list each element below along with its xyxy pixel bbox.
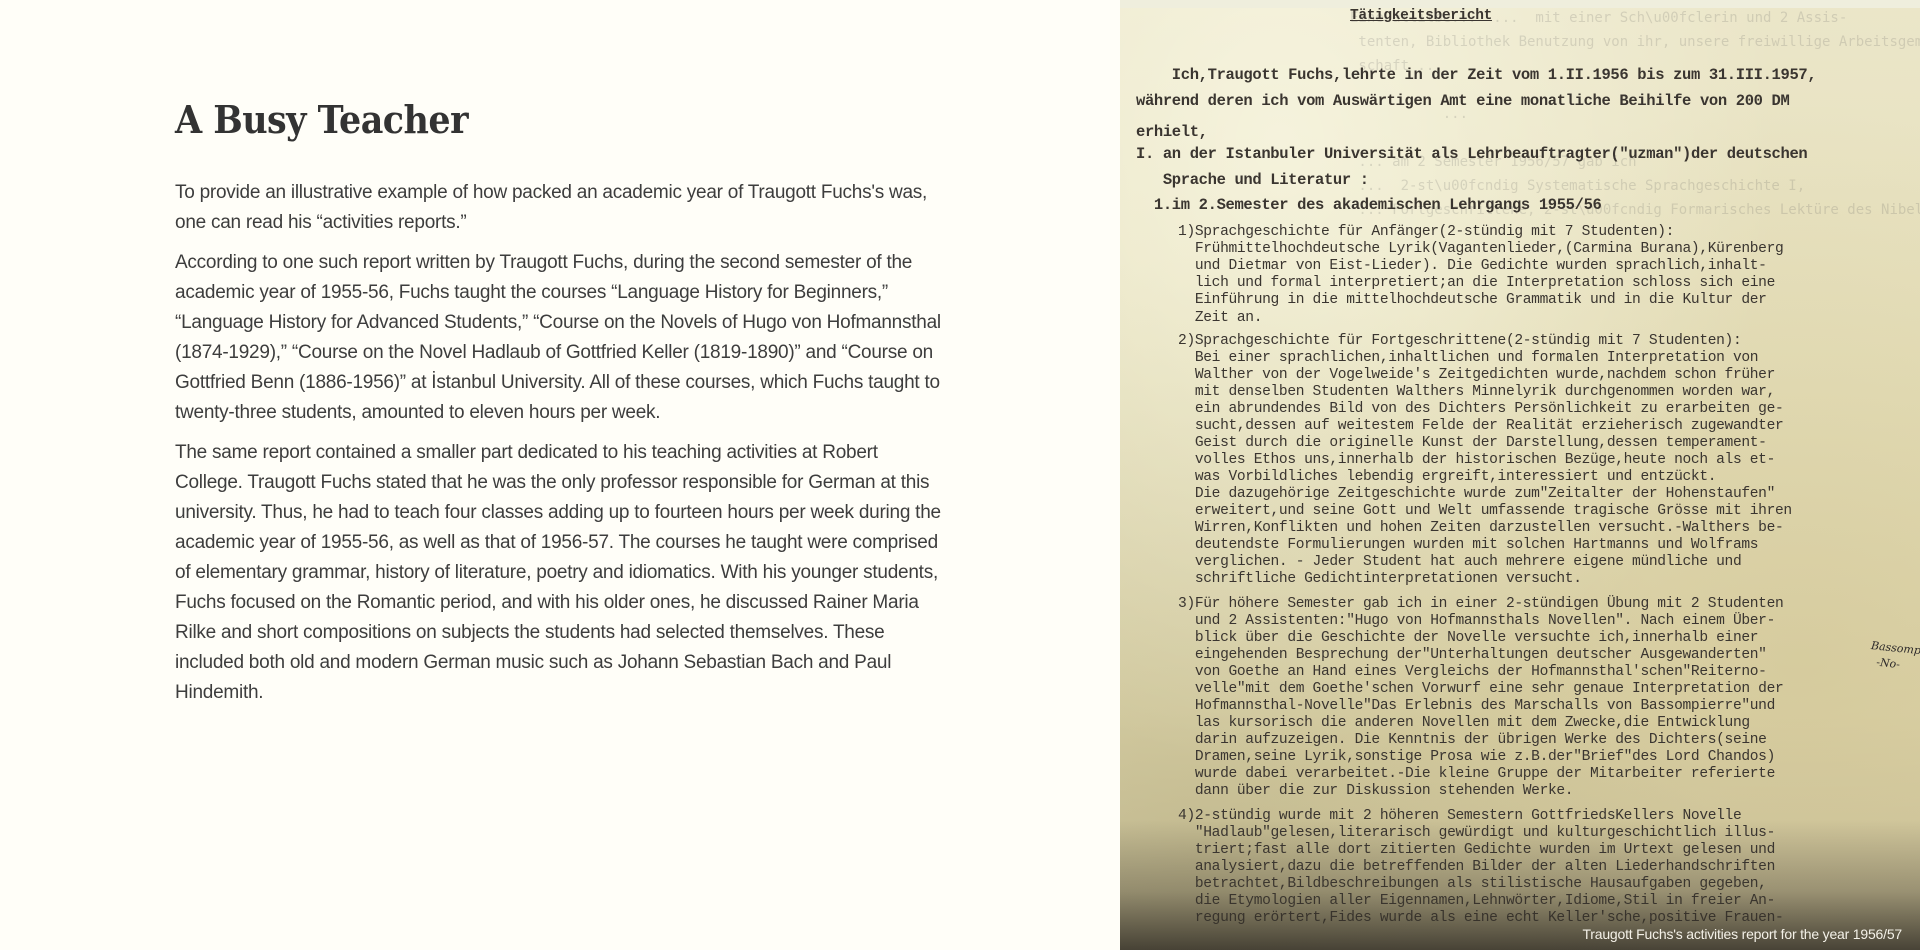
typed-line: volles Ethos uns,innerhalb der historisc…: [1136, 452, 1775, 468]
typed-line: dann über die zur Diskussion stehenden W…: [1136, 783, 1573, 799]
typed-line: velle"mit dem Goethe'schen Vorwurf eine …: [1136, 681, 1783, 697]
typed-line: Geist durch die originelle Kunst der Dar…: [1136, 435, 1767, 451]
typed-line: analysiert,dazu die betreffenden Bilder …: [1136, 859, 1775, 875]
typed-line: betrachtet,Bildbeschreibungen als stilis…: [1136, 876, 1767, 892]
image-caption: Traugott Fuchs's activities report for t…: [1582, 926, 1902, 942]
typed-line: 2)Sprachgeschichte für Fortgeschrittene(…: [1136, 333, 1741, 349]
typed-line: I. an der Istanbuler Universität als Leh…: [1136, 145, 1807, 163]
typed-line: Dramen,seine Lyrik,sonstige Prosa wie z.…: [1136, 749, 1775, 765]
typed-line: ein abrundendes Bild von des Dichters Pe…: [1136, 401, 1783, 417]
typed-line: darin aufzuzeigen. Die Kenntnis der übri…: [1136, 732, 1767, 748]
typed-line: und 2 Assistenten:"Hugo von Hofmannsthal…: [1136, 613, 1775, 629]
typed-line: Hofmannsthal-Novelle"Das Erlebnis des Ma…: [1136, 698, 1775, 714]
typed-line: 1)Sprachgeschichte für Anfänger(2-stündi…: [1136, 224, 1674, 240]
typed-line: während deren ich vom Auswärtigen Amt ei…: [1136, 92, 1789, 110]
typed-line: die Etymologien aller Eigennamen,Lehnwör…: [1136, 893, 1775, 909]
typed-line: Einführung in die mittelhochdeutsche Gra…: [1136, 292, 1767, 308]
typed-line: 4)2-stündig wurde mit 2 höheren Semester…: [1136, 808, 1741, 824]
typed-line: eingehenden Besprechung der"Unterhaltung…: [1136, 647, 1767, 663]
activities-report-scan: Eine allilbe... ... mit einer Sch\u00fcl…: [1120, 0, 1920, 950]
typed-document-body: Tätigkeitsbericht Ich,Traugott Fuchs,leh…: [1136, 8, 1916, 56]
typed-line: 3)Für höhere Semester gab ich in einer 2…: [1136, 596, 1783, 612]
typed-line: schriftliche Gedichtinterpretationen ver…: [1136, 571, 1582, 587]
article-paragraph: The same report contained a smaller part…: [175, 438, 950, 708]
typed-line: wurde dabei verarbeitet.-Die kleine Grup…: [1136, 766, 1775, 782]
typed-line: Zeit an.: [1136, 310, 1262, 326]
document-title: Tätigkeitsbericht: [1350, 8, 1492, 24]
typed-line: Wirren,Konflikten und hohen Zeiten darzu…: [1136, 520, 1783, 536]
typed-line: deutendste Formulierungen wurden mit sol…: [1136, 537, 1758, 553]
typed-line: triert;fast alle dort zitierten Gedichte…: [1136, 842, 1775, 858]
typed-line: 1.im 2.Semester des akademischen Lehrgan…: [1136, 196, 1601, 214]
typed-line: Bei einer sprachlichen,inhaltlichen und …: [1136, 350, 1758, 366]
article-paragraph: According to one such report written by …: [175, 248, 950, 428]
typed-line: erweitert,und seine Gott und Welt umfass…: [1136, 503, 1792, 519]
typed-line: "Hadlaub"gelesen,literarisch gewürdigt u…: [1136, 825, 1775, 841]
typed-line: mit denselben Studenten Walthers Minnely…: [1136, 384, 1775, 400]
typed-line: las kursorisch die anderen Novellen mit …: [1136, 715, 1750, 731]
typed-line: regung erörtert,Fides wurde als eine ech…: [1136, 910, 1783, 926]
typed-line: von Goethe an Hand eines Vergleichs der …: [1136, 664, 1767, 680]
article-title: A Busy Teacher: [175, 92, 888, 148]
typed-line: blick über die Geschichte der Novelle ve…: [1136, 630, 1758, 646]
typed-line: Ich,Traugott Fuchs,lehrte in der Zeit vo…: [1136, 66, 1816, 84]
typed-line: sucht,dessen auf weitestem Felde der Rea…: [1136, 418, 1783, 434]
typed-line: Sprache und Literatur :: [1136, 171, 1369, 189]
typed-line: Walther von der Vogelweide's Zeitgedicht…: [1136, 367, 1775, 383]
typed-line: was Vorbildliches lebendig ergreift,inte…: [1136, 469, 1716, 485]
typed-line: Die dazugehörige Zeitgeschichte wurde zu…: [1136, 486, 1775, 502]
typed-line: erhielt,: [1136, 123, 1208, 141]
typed-line: verglichen. - Jeder Student hat auch meh…: [1136, 554, 1741, 570]
typed-line: und Dietmar von Eist-Lieder). Die Gedich…: [1136, 258, 1767, 274]
typed-line: Frühmittelhochdeutsche Lyrik(Vagantenlie…: [1136, 241, 1783, 257]
article: A Busy Teacher To provide an illustrativ…: [175, 92, 950, 718]
typed-line: lich und formal interpretiert;an die Int…: [1136, 275, 1775, 291]
article-paragraph: To provide an illustrative example of ho…: [175, 178, 950, 238]
